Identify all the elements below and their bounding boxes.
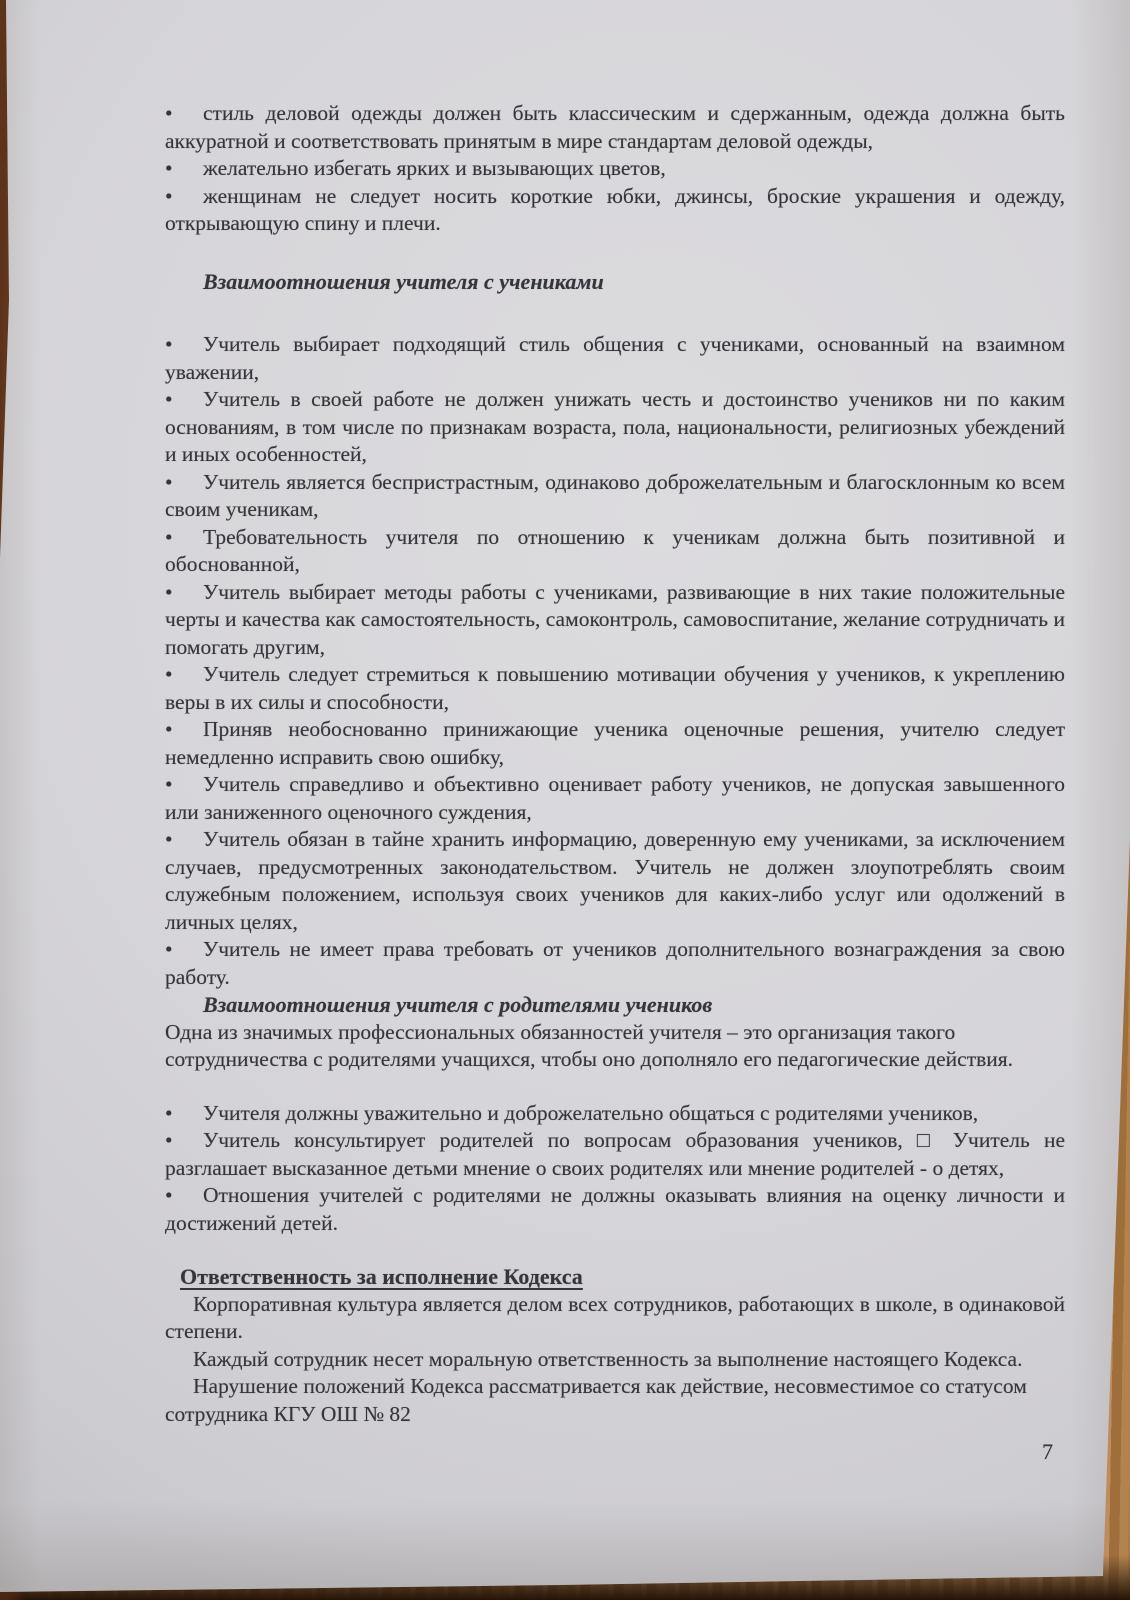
section-heading-students: Взаимоотношения учителя с учениками <box>203 268 1065 296</box>
list-item-text: Учитель является беспристрастным, одинак… <box>165 470 1065 522</box>
list-item: •желательно избегать ярких и вызывающих … <box>165 155 1065 183</box>
list-item-text: женщинам не следует носить короткие юбки… <box>165 184 1065 236</box>
list-item-text: Учитель следует стремиться к повышению м… <box>165 662 1065 714</box>
bullet-icon: • <box>165 469 203 497</box>
list-item: •Учитель консультирует родителей по вопр… <box>165 1127 1065 1182</box>
bullet-icon: • <box>165 183 203 211</box>
list-item-text: желательно избегать ярких и вызывающих ц… <box>203 156 666 180</box>
list-item-text: Учителя должны уважительно и доброжелате… <box>203 1101 978 1125</box>
list-item: •женщинам не следует носить короткие юбк… <box>165 183 1065 238</box>
paragraph: Каждый сотрудник несет моральную ответст… <box>165 1346 1065 1374</box>
list-item: •Учитель выбирает методы работы с ученик… <box>165 579 1065 662</box>
page-content: •стиль деловой одежды должен быть класси… <box>165 100 1065 1466</box>
list-item: •Учителя должны уважительно и доброжелат… <box>165 1100 1065 1128</box>
list-item: •Учитель следует стремиться к повышению … <box>165 661 1065 716</box>
section-teacher-students: Взаимоотношения учителя с учениками •Учи… <box>165 268 1065 992</box>
list-item-text: Учитель обязан в тайне хранить информаци… <box>165 827 1065 934</box>
list-item: •Учитель в своей работе не должен унижат… <box>165 386 1065 469</box>
bullet-icon: • <box>165 579 203 607</box>
list-item-text: Учитель консультирует родителей по вопро… <box>165 1128 1065 1180</box>
list-item: •Учитель справедливо и объективно оценив… <box>165 771 1065 826</box>
list-item: •Учитель обязан в тайне хранить информац… <box>165 826 1065 936</box>
page-number: 7 <box>165 1438 1053 1466</box>
list-item-text: Учитель в своей работе не должен унижать… <box>165 387 1065 466</box>
parents-intro-paragraph: Одна из значимых профессиональных обязан… <box>165 1019 1065 1074</box>
list-item-text: Учитель выбирает подходящий стиль общени… <box>165 332 1065 384</box>
list-item-text: Требовательность учителя по отношению к … <box>165 525 1065 577</box>
document-page: •стиль деловой одежды должен быть класси… <box>0 0 1130 1600</box>
bullet-icon: • <box>165 1127 203 1155</box>
list-item-text: стиль деловой одежды должен быть классич… <box>165 101 1065 153</box>
list-item: •Отношения учителей с родителями не долж… <box>165 1182 1065 1237</box>
bullet-icon: • <box>165 386 203 414</box>
bullet-icon: • <box>165 331 203 359</box>
section-heading-parents: Взаимоотношения учителя с родителями уче… <box>203 991 1065 1019</box>
paragraph: Корпоративная культура является делом вс… <box>165 1291 1065 1346</box>
section-dress-code: •стиль деловой одежды должен быть класси… <box>165 100 1065 238</box>
bullet-icon: • <box>165 661 203 689</box>
list-item: •Приняв необоснованно принижающие ученик… <box>165 716 1065 771</box>
list-item-text: Учитель выбирает методы работы с ученика… <box>165 580 1065 659</box>
list-item-text: Приняв необоснованно принижающие ученика… <box>165 717 1065 769</box>
bullet-icon: • <box>165 100 203 128</box>
bullet-icon: • <box>165 155 203 183</box>
bullet-icon: • <box>165 524 203 552</box>
bullet-icon: • <box>165 716 203 744</box>
section-responsibility: Ответственность за исполнение Кодекса Ко… <box>165 1263 1065 1428</box>
bullet-icon: • <box>165 826 203 854</box>
list-item: •Учитель выбирает подходящий стиль общен… <box>165 331 1065 386</box>
list-item: •Требовательность учителя по отношению к… <box>165 524 1065 579</box>
bullet-icon: • <box>165 1182 203 1210</box>
bullet-icon: • <box>165 936 203 964</box>
section-teacher-parents: Взаимоотношения учителя с родителями уче… <box>165 991 1065 1237</box>
paragraph: Нарушение положений Кодекса рассматривае… <box>165 1373 1065 1428</box>
list-item: •стиль деловой одежды должен быть класси… <box>165 100 1065 155</box>
parents-bullet-list: •Учителя должны уважительно и доброжелат… <box>165 1100 1065 1238</box>
list-item-text: Учитель не имеет права требовать от учен… <box>165 937 1065 989</box>
list-item: •Учитель является беспристрастным, одина… <box>165 469 1065 524</box>
list-item-text: Отношения учителей с родителями не должн… <box>165 1183 1065 1235</box>
list-item-text: Учитель справедливо и объективно оценива… <box>165 772 1065 824</box>
section-heading-responsibility: Ответственность за исполнение Кодекса <box>180 1263 1065 1291</box>
list-item: •Учитель не имеет права требовать от уче… <box>165 936 1065 991</box>
bullet-icon: • <box>165 771 203 799</box>
bullet-icon: • <box>165 1100 203 1128</box>
